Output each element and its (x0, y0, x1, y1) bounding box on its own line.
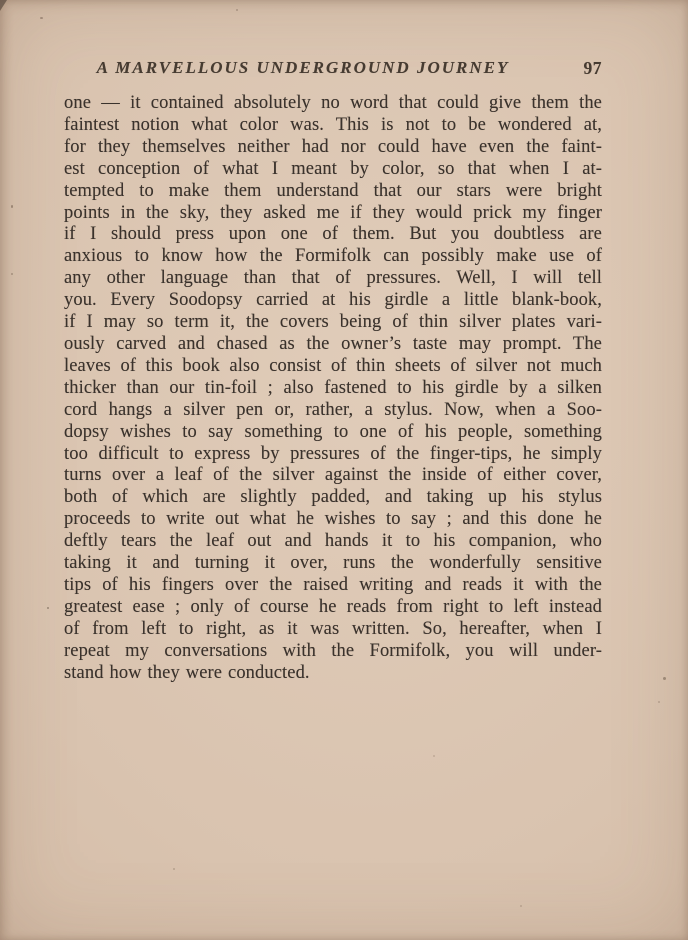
paper-speck (47, 607, 49, 609)
paper-speck (173, 868, 175, 870)
paper-speck (520, 905, 522, 907)
scan-corner-mark (0, 0, 7, 11)
text-line: stand how they were conducted. (64, 663, 602, 685)
text-line: if I should press upon one of them. But … (64, 224, 602, 246)
text-line: leaves of this book also consist of thin… (64, 356, 602, 378)
text-line: thicker than our tin-foil ; also fastene… (64, 378, 602, 400)
text-line: of from left to right, as it was written… (64, 619, 602, 641)
text-line: est conception of what I meant by color,… (64, 159, 602, 181)
paper-speck (236, 9, 238, 11)
text-line: both of which are slightly padded, and t… (64, 487, 602, 509)
text-line: deftly tears the leaf out and hands it t… (64, 531, 602, 553)
text-line: if I may so term it, the covers being of… (64, 312, 602, 334)
text-line: tips of his fingers over the raised writ… (64, 575, 602, 597)
text-line: taking it and turning it over, runs the … (64, 553, 602, 575)
paper-speck (663, 677, 666, 680)
text-line: one — it contained absolutely no word th… (64, 93, 602, 115)
text-line: ously carved and chased as the owner’s t… (64, 334, 602, 356)
paper-speck (658, 701, 660, 703)
body-text: one — it contained absolutely no word th… (64, 93, 602, 684)
running-head: A MARVELLOUS UNDERGROUND JOURNEY 97 (64, 58, 602, 80)
text-line: faintest notion what color was. This is … (64, 115, 602, 137)
text-line: dopsy wishes to say something to one of … (64, 422, 602, 444)
text-line: any other language than that of pressure… (64, 268, 602, 290)
text-line: repeat my conversations with the Formifo… (64, 641, 602, 663)
text-line: cord hangs a silver pen or, rather, a st… (64, 400, 602, 422)
paper-speck (11, 205, 13, 208)
text-line: too difficult to express by pressures of… (64, 444, 602, 466)
text-line: for they themselves neither had nor coul… (64, 137, 602, 159)
paper-speck (11, 273, 13, 275)
running-title: A MARVELLOUS UNDERGROUND JOURNEY (64, 58, 602, 78)
text-line: proceeds to write out what he wishes to … (64, 509, 602, 531)
paper-speck (433, 755, 435, 757)
paper-speck (40, 17, 43, 19)
text-line: anxious to know how the Formifolk can po… (64, 246, 602, 268)
text-line: tempted to make them understand that our… (64, 181, 602, 203)
text-line: greatest ease ; only of course he reads … (64, 597, 602, 619)
text-line: points in the sky, they asked me if they… (64, 203, 602, 225)
text-line: turns over a leaf of the silver against … (64, 465, 602, 487)
page-number: 97 (584, 58, 603, 79)
text-line: you. Every Soodopsy carried at his girdl… (64, 290, 602, 312)
